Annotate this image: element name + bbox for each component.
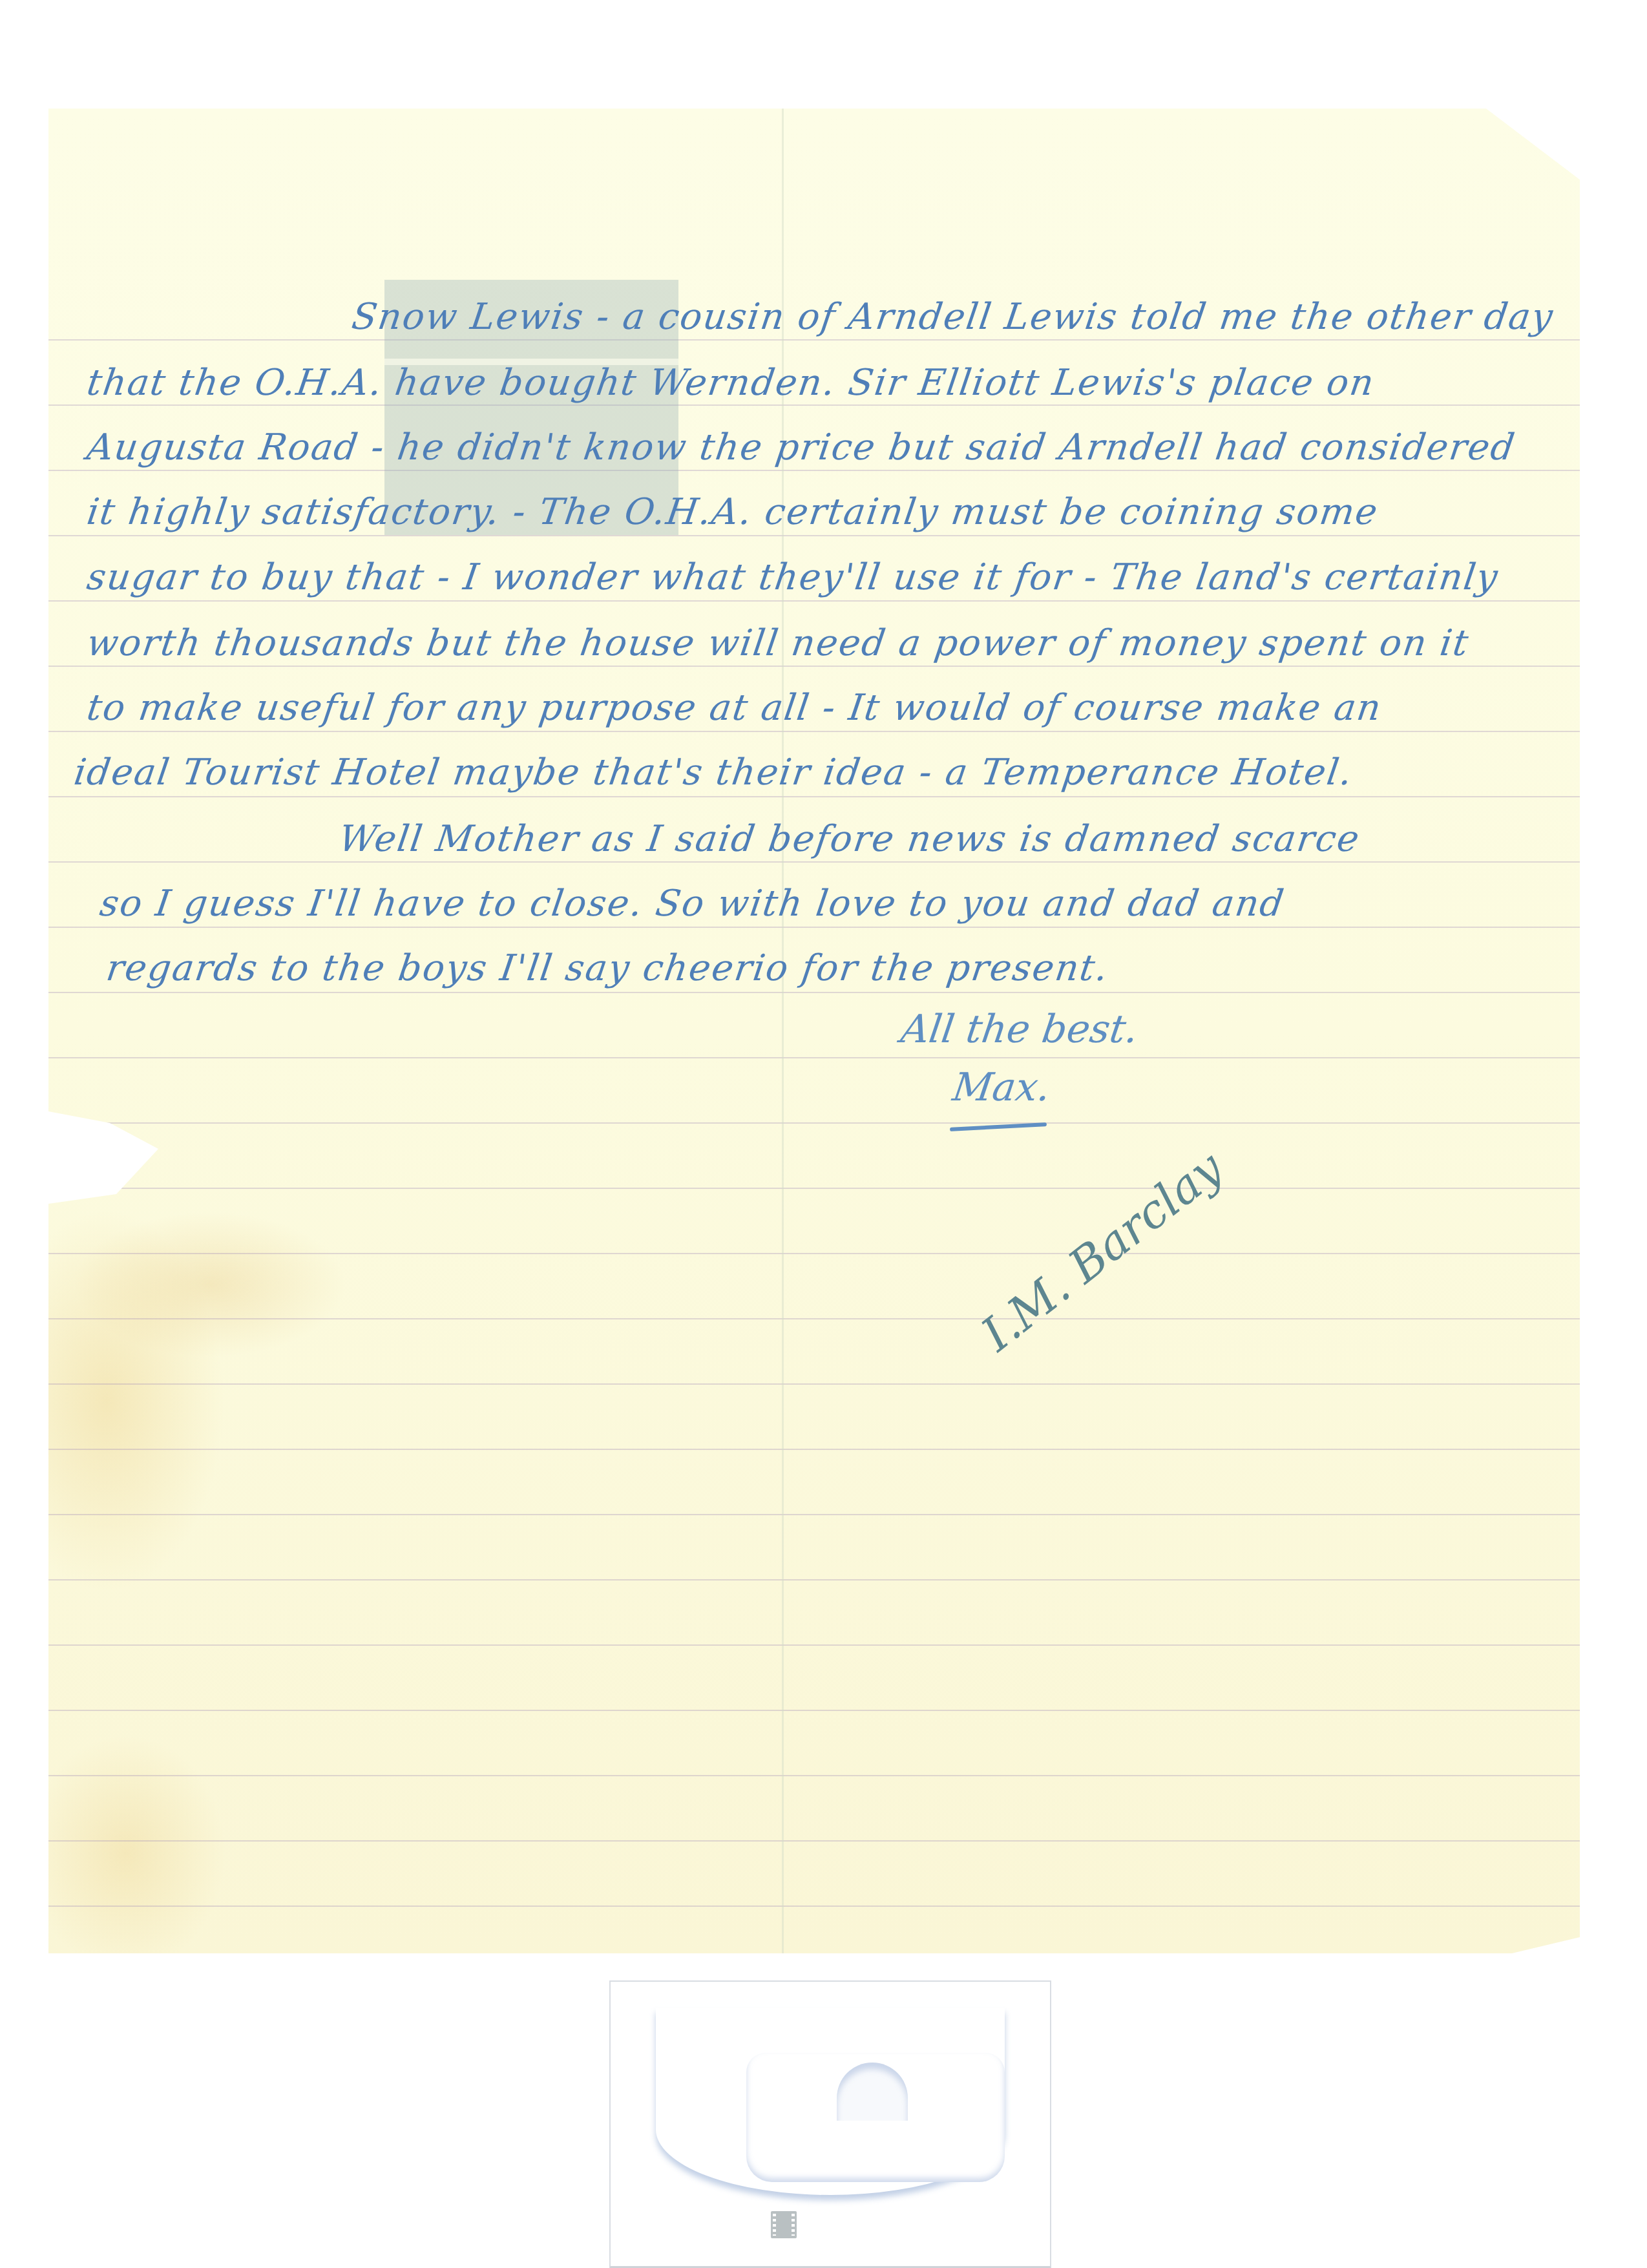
ruled-line — [48, 1644, 1580, 1646]
scanner-holder-clip — [609, 1980, 1051, 2268]
ruled-line — [48, 1514, 1580, 1515]
ruled-line — [48, 796, 1580, 797]
holder-hole — [837, 2063, 908, 2121]
ruled-line — [48, 404, 1580, 406]
letter-line: ideal Tourist Hotel maybe that's their i… — [71, 751, 1356, 793]
letter-line: Augusta Road - he didn't know the price … — [84, 426, 1518, 468]
ruled-line — [48, 1710, 1580, 1711]
letter-line: to make useful for any purpose at all - … — [84, 687, 1385, 729]
ruled-line — [48, 1253, 1580, 1254]
ruled-line — [48, 600, 1580, 602]
ruled-line — [48, 861, 1580, 863]
holder-window — [746, 2053, 1005, 2182]
ruled-line — [48, 1775, 1580, 1776]
ruled-line — [48, 1122, 1580, 1124]
holder-flap — [656, 2008, 1005, 2195]
ruled-line — [48, 1579, 1580, 1580]
ruled-line — [48, 1840, 1580, 1842]
letter-line: it highly satisfactory. - The O.H.A. cer… — [84, 491, 1381, 533]
signoff-underline — [950, 1122, 1047, 1131]
letter-line: Well Mother as I said before news is dam… — [336, 818, 1363, 860]
ruled-line — [48, 1449, 1580, 1450]
closing-text: All the best. — [898, 1007, 1141, 1052]
letter-page: Snow Lewis - a cousin of Arndell Lewis t… — [48, 109, 1580, 1953]
ruled-line — [48, 731, 1580, 732]
signoff-name: Max. — [950, 1065, 1053, 1110]
ruled-line — [48, 1318, 1580, 1319]
film-strip-icon — [771, 2211, 797, 2238]
letter-line: sugar to buy that - I wonder what they'l… — [84, 556, 1501, 598]
ruled-line — [48, 339, 1580, 341]
annotation-signature: I.M. Barclay — [971, 1140, 1233, 1361]
ruled-line — [48, 1057, 1580, 1058]
ruled-line — [48, 1906, 1580, 1907]
letter-line: that the O.H.A. have bought Wernden. Sir… — [84, 362, 1378, 404]
letter-line: so I guess I'll have to close. So with l… — [97, 883, 1287, 925]
ruled-line — [48, 666, 1580, 667]
letter-line: Snow Lewis - a cousin of Arndell Lewis t… — [349, 296, 1556, 338]
ruled-line — [48, 470, 1580, 471]
letter-line: worth thousands but the house will need … — [84, 622, 1472, 664]
ruled-line — [48, 992, 1580, 993]
letter-line: regards to the boys I'll say cheerio for… — [103, 947, 1111, 989]
ruled-line — [48, 1383, 1580, 1385]
ruled-line — [48, 1188, 1580, 1189]
ruled-line — [48, 927, 1580, 928]
ruled-line — [48, 535, 1580, 536]
